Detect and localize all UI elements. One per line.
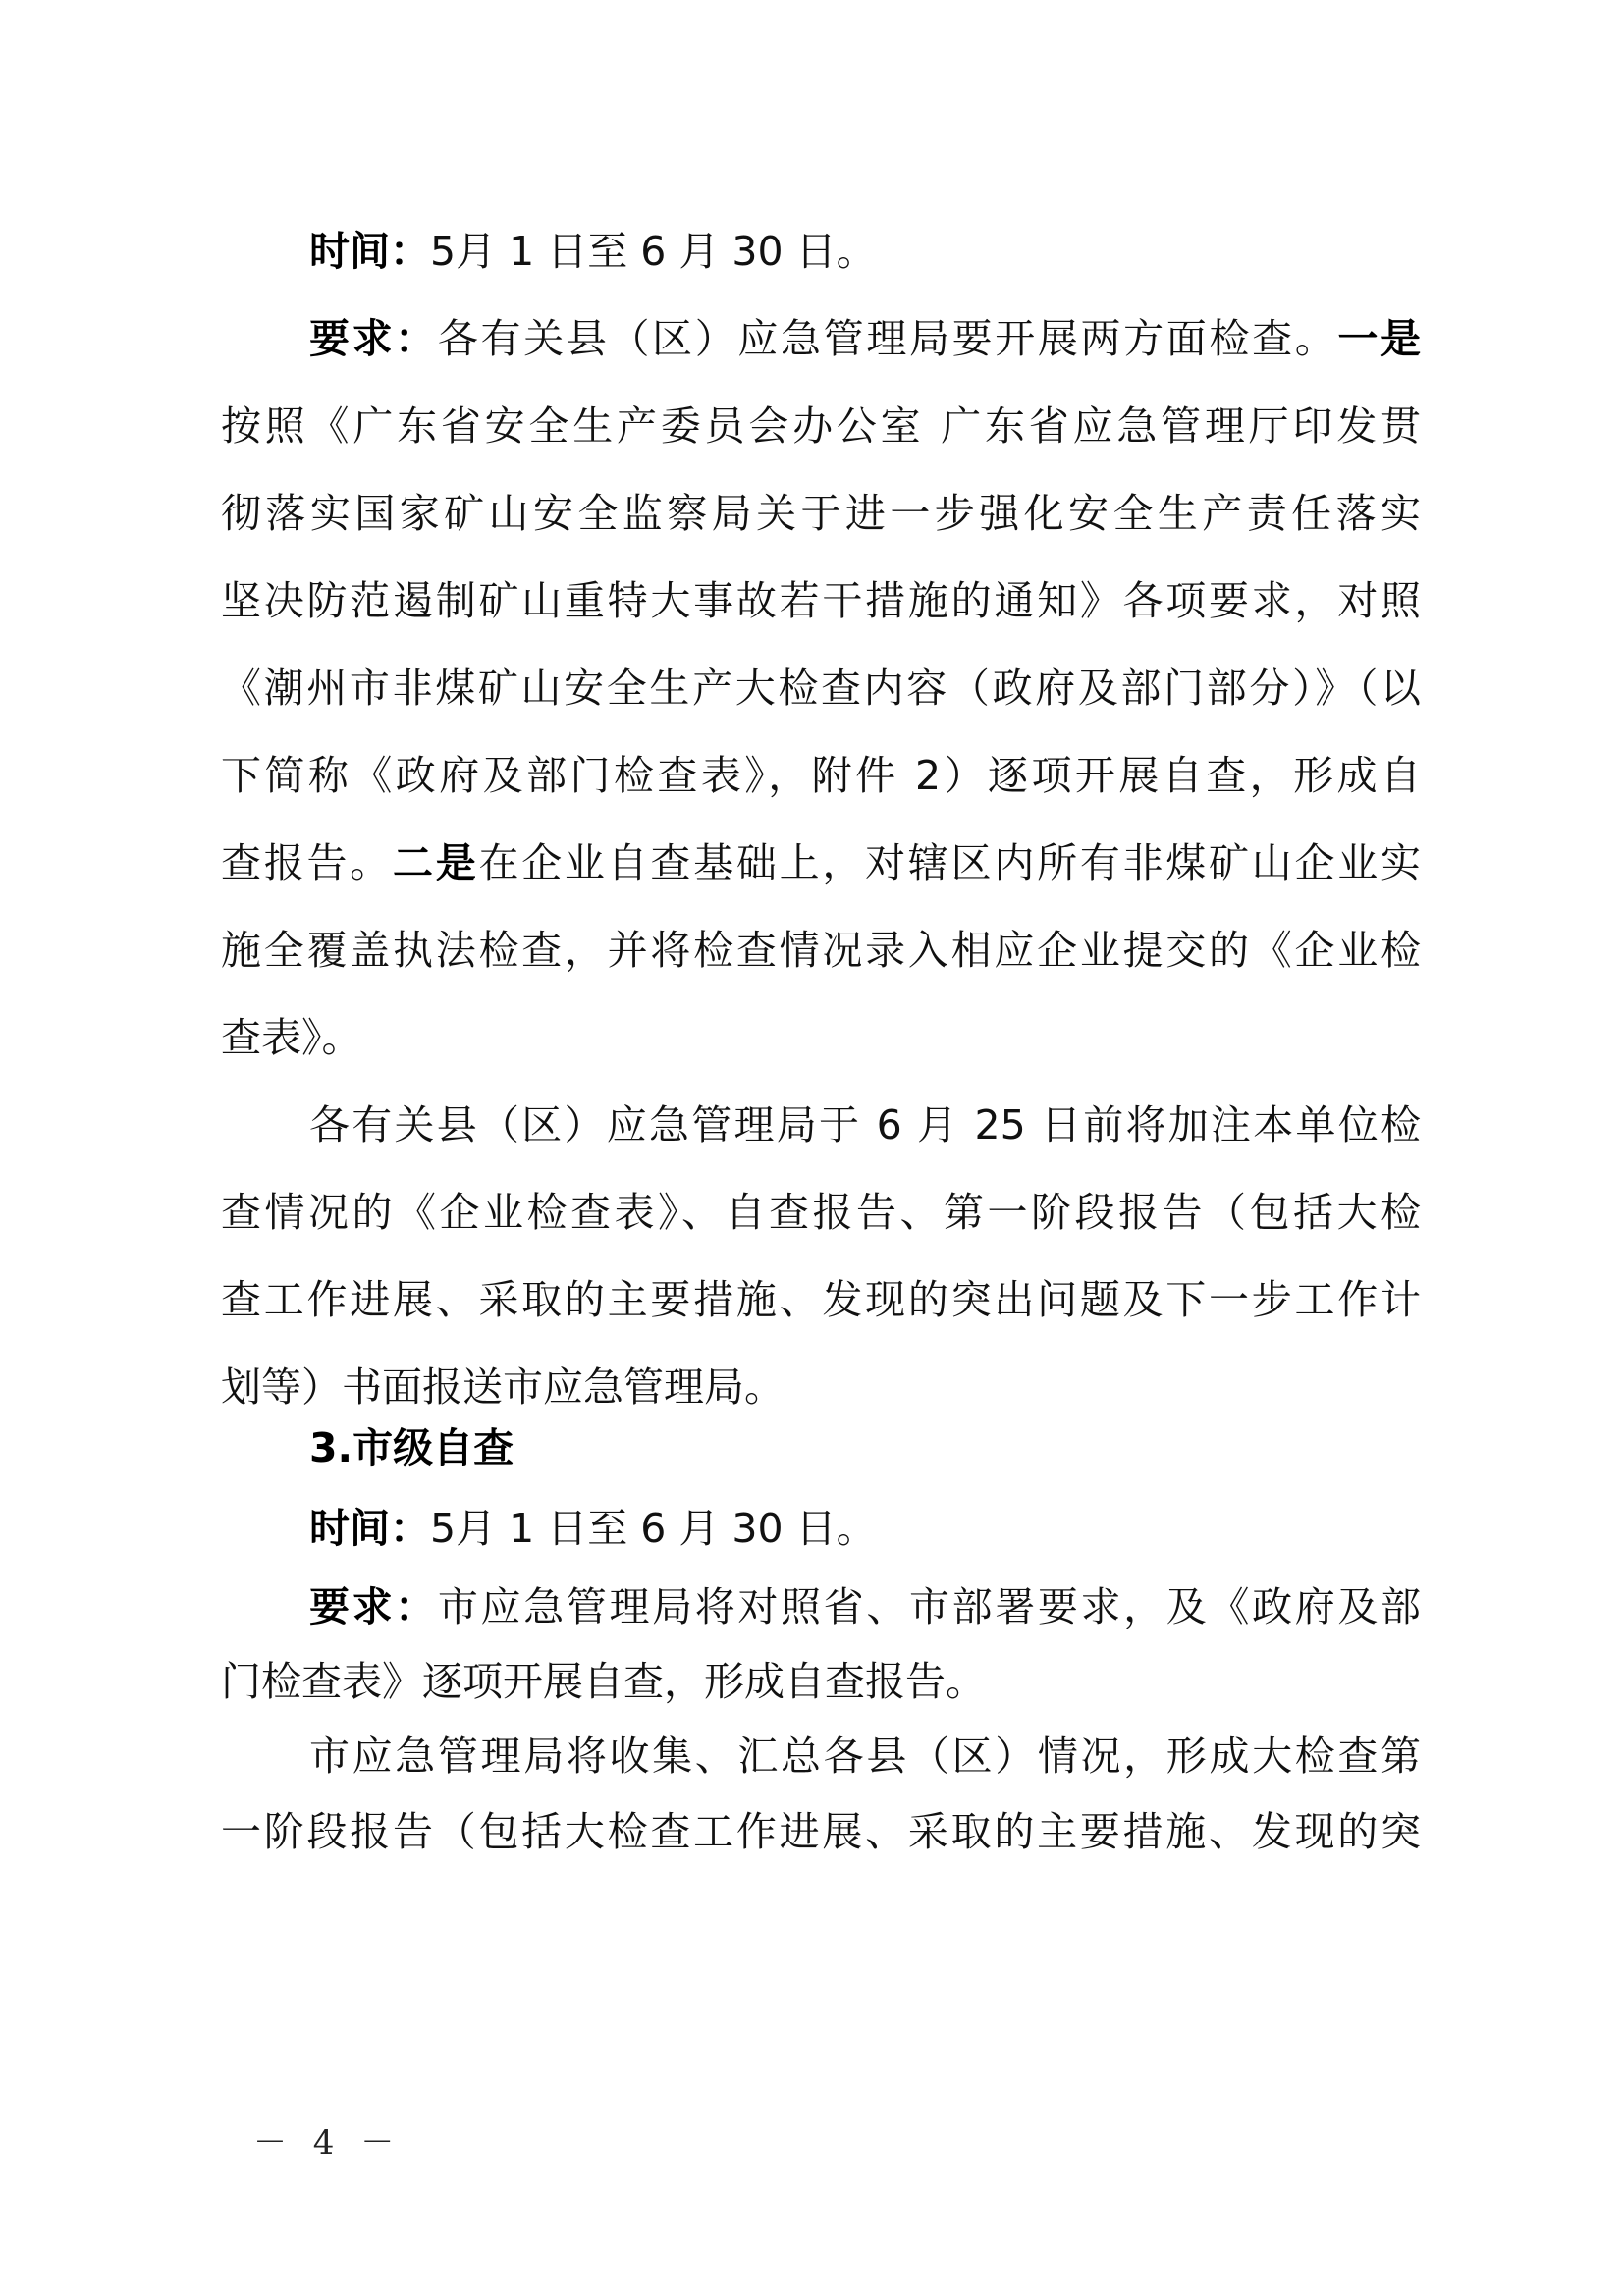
text-line: 查情况的《企业检查表》、自查报告、第一阶段报告（包括大检: [221, 1189, 1421, 1236]
text-segment: 彻落实国家矿山安全监察局关于进一步强化安全生产责任落实: [221, 490, 1421, 537]
page-number: － 4 －: [253, 2115, 402, 2163]
text-segment: 门检查表》逐项开展自查，形成自查报告。: [221, 1658, 986, 1705]
text-segment: 下简称《政府及部门检查表》，附件 2）逐项开展自查，形成自: [221, 752, 1421, 799]
text-line: 查工作进展、采取的主要措施、发现的突出问题及下一步工作计: [221, 1276, 1421, 1323]
bold-label: 时间：: [309, 228, 430, 275]
text-segment: 在企业自查基础上，对辖区内所有非煤矿山企业实: [478, 839, 1421, 886]
bold-label: 二是: [393, 839, 478, 886]
bold-label: 要求：: [309, 315, 438, 362]
bold-label: 3.市级自查: [309, 1424, 514, 1471]
text-segment: 市应急管理局将对照省、市部署要求，及《政府及部: [438, 1583, 1421, 1630]
text-segment: 市应急管理局将收集、汇总各县（区）情况，形成大检查第: [309, 1733, 1421, 1780]
text-line: 下简称《政府及部门检查表》，附件 2）逐项开展自查，形成自: [221, 752, 1421, 799]
text-segment: 按照《广东省安全生产委员会办公室 广东省应急管理厅印发贯: [221, 402, 1421, 450]
text-line: 各有关县（区）应急管理局于 6 月 25 日前将加注本单位检: [309, 1101, 1421, 1148]
text-line: 时间：5月 1 日至 6 月 30 日。: [309, 228, 1421, 275]
bold-label: 要求：: [309, 1583, 438, 1630]
text-line: 门检查表》逐项开展自查，形成自查报告。: [221, 1658, 1421, 1705]
text-segment: 一阶段报告（包括大检查工作进展、采取的主要措施、发现的突: [221, 1808, 1421, 1855]
text-segment: 5月 1 日至 6 月 30 日。: [430, 1505, 877, 1552]
text-line: 一阶段报告（包括大检查工作进展、采取的主要措施、发现的突: [221, 1808, 1421, 1855]
document-page: 时间：5月 1 日至 6 月 30 日。要求：各有关县（区）应急管理局要开展两方…: [0, 0, 1624, 2296]
text-line: 时间：5月 1 日至 6 月 30 日。: [309, 1505, 1421, 1552]
text-segment: 划等）书面报送市应急管理局。: [221, 1363, 785, 1411]
text-segment: 《潮州市非煤矿山安全生产大检查内容（政府及部门部分）》（以: [221, 665, 1421, 712]
text-line: 查表》。: [221, 1014, 1421, 1061]
text-line: 划等）书面报送市应急管理局。: [221, 1363, 1421, 1411]
text-segment: 5月 1 日至 6 月 30 日。: [430, 228, 877, 275]
text-segment: 查报告。: [221, 839, 393, 886]
text-line: 3.市级自查: [309, 1424, 1421, 1471]
text-segment: 各有关县（区）应急管理局于 6 月 25 日前将加注本单位检: [309, 1101, 1421, 1148]
text-segment: 查表》。: [221, 1014, 362, 1061]
bold-label: 一是: [1337, 315, 1421, 362]
text-line: 施全覆盖执法检查，并将检查情况录入相应企业提交的《企业检: [221, 927, 1421, 974]
text-segment: 查工作进展、采取的主要措施、发现的突出问题及下一步工作计: [221, 1276, 1421, 1323]
text-line: 《潮州市非煤矿山安全生产大检查内容（政府及部门部分）》（以: [221, 665, 1421, 712]
text-line: 彻落实国家矿山安全监察局关于进一步强化安全生产责任落实: [221, 490, 1421, 537]
text-line: 按照《广东省安全生产委员会办公室 广东省应急管理厅印发贯: [221, 402, 1421, 450]
text-line: 要求：市应急管理局将对照省、市部署要求，及《政府及部: [309, 1583, 1421, 1630]
text-segment: 坚决防范遏制矿山重特大事故若干措施的通知》各项要求，对照: [221, 577, 1421, 624]
text-segment: 施全覆盖执法检查，并将检查情况录入相应企业提交的《企业检: [221, 927, 1421, 974]
text-segment: 各有关县（区）应急管理局要开展两方面检查。: [438, 315, 1337, 362]
text-segment: 查情况的《企业检查表》、自查报告、第一阶段报告（包括大检: [221, 1189, 1421, 1236]
bold-label: 时间：: [309, 1505, 430, 1552]
text-line: 坚决防范遏制矿山重特大事故若干措施的通知》各项要求，对照: [221, 577, 1421, 624]
text-line: 要求：各有关县（区）应急管理局要开展两方面检查。一是: [309, 315, 1421, 362]
text-line: 市应急管理局将收集、汇总各县（区）情况，形成大检查第: [309, 1733, 1421, 1780]
text-line: 查报告。二是在企业自查基础上，对辖区内所有非煤矿山企业实: [221, 839, 1421, 886]
